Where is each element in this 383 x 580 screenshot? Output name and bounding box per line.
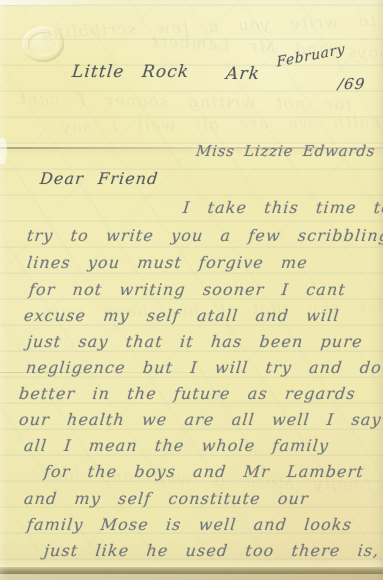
paper-vignette bbox=[0, 0, 383, 580]
letter-scan: try to write you a few scribbling for th… bbox=[0, 0, 383, 580]
